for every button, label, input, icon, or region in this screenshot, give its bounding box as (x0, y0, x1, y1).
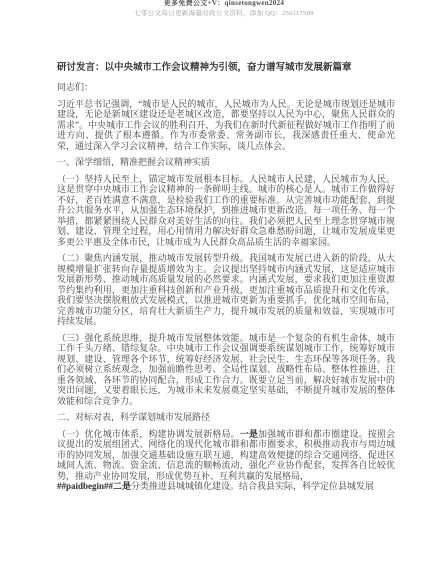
text-run: 习近平总书记强调，“城市是人民的城市，人民城市为人民。无论是城市规划还是城市建设… (57, 99, 395, 151)
body-paragraph: 习近平总书记强调，“城市是人民的城市，人民城市为人民。无论是城市规划还是城市建设… (57, 99, 395, 152)
document-title: 研讨发言：以中央城市工作会议精神为引领，奋力谱写城市发展新篇章 (57, 62, 395, 74)
body-paragraph: （一）坚持人民至上，锚定城市发展根本目标。人民城市人民建，人民城市为人民。这是贯… (57, 174, 395, 248)
text-run: （一）坚持人民至上，锚定城市发展根本目标。人民城市人民建，人民城市为人民。这是贯… (57, 174, 395, 247)
text-run: 二、对标对表，科学谋划城市发展路径 (57, 412, 210, 422)
watermark-line2: 七零公文每日更新海量时政公文资料，添加 QQ：250117509 (0, 10, 448, 17)
body-paragraph: （二）聚焦内涵发展，推动城市发展转型升级。我国城市发展已进入新的阶段，从大规模增… (57, 253, 395, 327)
body-paragraph: （三）强化系统思维，提升城市发展整体效能。城市是一个复杂的有机生命体，城市工作千… (57, 333, 395, 407)
text-run: （一）优化城市体系，构建协调发展新格局。 (57, 429, 240, 439)
text-run: （三）强化系统思维，提升城市发展整体效能。城市是一个复杂的有机生命体，城市工作千… (57, 333, 395, 406)
bold-text-run: 一是 (240, 429, 258, 439)
paragraph-container: 习近平总书记强调，“城市是人民的城市，人民城市为人民。无论是城市规划还是城市建设… (57, 99, 395, 492)
header-watermark: 更多免费公文+V：qinsetongwen2024 七零公文每日更新海量时政公文… (0, 0, 448, 17)
document-page: 更多免费公文+V：qinsetongwen2024 七零公文每日更新海量时政公文… (0, 0, 448, 580)
watermark-line1: 更多免费公文+V：qinsetongwen2024 (0, 0, 448, 7)
section-heading: 一、深学细悟，精准把握会议精神实质 (57, 157, 395, 168)
text-run: 一、深学细悟，精准把握会议精神实质 (57, 157, 210, 167)
section-heading: 二、对标对表，科学谋划城市发展路径 (57, 412, 395, 423)
text-run: （二）聚焦内涵发展，推动城市发展转型升级。我国城市发展已进入新的阶段，从大规模增… (57, 253, 395, 326)
text-run: 分类推进县城城镇化建设。结合我县实际，科学定位县城发展 (131, 481, 374, 491)
body-paragraph: （一）优化城市体系，构建协调发展新格局。一是加强城市群和都市圈建设。按照会议提出… (57, 429, 395, 492)
document-body: 研讨发言：以中央城市工作会议精神为引领，奋力谱写城市发展新篇章 同志们： 习近平… (57, 62, 395, 492)
salutation: 同志们： (57, 82, 395, 93)
bold-text-run: ##paidbegin##二是 (57, 481, 131, 491)
